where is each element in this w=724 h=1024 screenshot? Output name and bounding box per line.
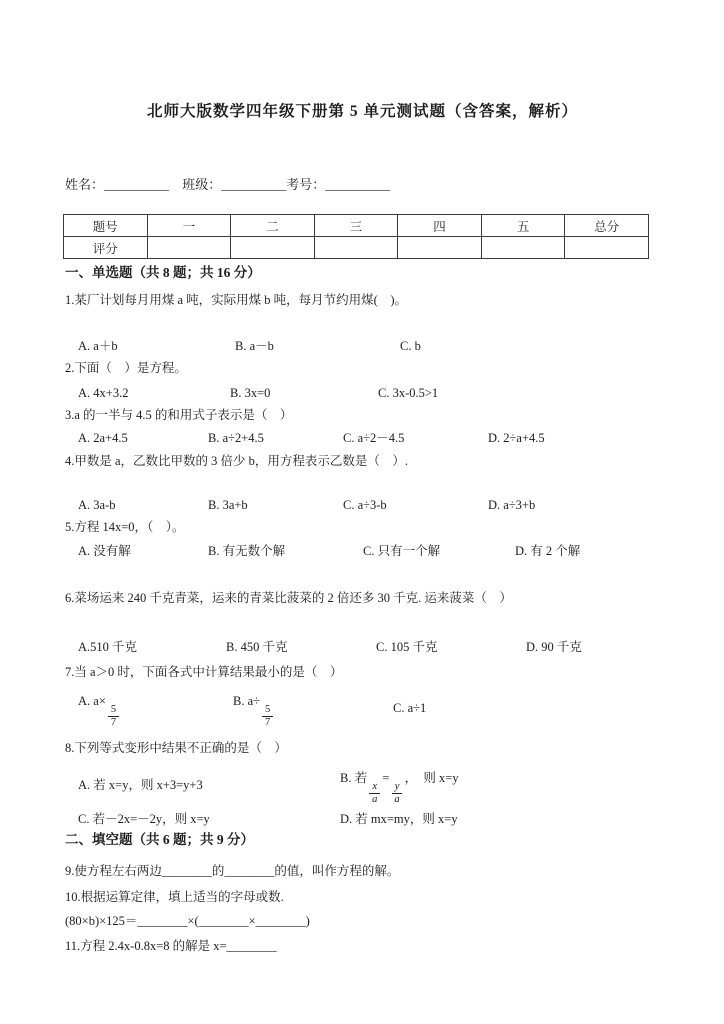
option-a-expression: A. a× [78, 694, 106, 708]
option-c: C. 若－2x=－2y，则 x=y [78, 811, 340, 827]
score-cell [481, 237, 565, 259]
question-8-text: 8.下列等式变形中结果不正确的是（ ） [65, 740, 660, 756]
question-7-options: A. a×57 B. a÷57 C. a÷1 [65, 687, 660, 728]
question-10-text: 10.根据运算定律，填上适当的字母或数. [65, 889, 660, 905]
score-table: 题号 一 二 三 四 五 总分 评分 [63, 214, 649, 259]
option-d: D. a÷3+b [488, 497, 660, 513]
option-b: B. a÷2+4.5 [208, 430, 343, 446]
page-title: 北师大版数学四年级下册第 5 单元测试题（含答案，解析） [65, 102, 660, 122]
class-label: 班级： [182, 177, 221, 192]
student-info-line: 姓名：__________ 班级：__________考号：__________ [65, 176, 660, 193]
option-a: A.510 千克 [78, 639, 226, 655]
fraction: 57 [262, 704, 273, 728]
option-b: B. 有无数个解 [208, 543, 363, 559]
question-6-options: A.510 千克 B. 450 千克 C. 105 千克 D. 90 千克 [65, 639, 660, 655]
option-c: C. b [400, 338, 660, 354]
score-table-header-row: 题号 一 二 三 四 五 总分 [64, 215, 649, 237]
option-b: B. 若xa=ya， 则 x=y [340, 764, 660, 805]
score-header-cell: 题号 [64, 215, 148, 237]
question-4-options: A. 3a-b B. 3a+b C. a÷3-b D. a÷3+b [65, 497, 660, 513]
question-8-options-row-2: C. 若－2x=－2y，则 x=y D. 若 mx=my，则 x=y [65, 811, 660, 827]
question-4-text: 4.甲数是 a，乙数比甲数的 3 倍少 b，用方程表示乙数是（ ）. [65, 453, 660, 469]
score-header-cell: 五 [481, 215, 565, 237]
option-a: A. 2a+4.5 [78, 430, 208, 446]
question-3-text: 3.a 的一半与 4.5 的和用式子表示是（ ） [65, 407, 660, 423]
option-d: D. 2÷a+4.5 [488, 430, 660, 446]
score-header-cell: 二 [231, 215, 315, 237]
option-b: B. 3a+b [208, 497, 343, 513]
question-5-text: 5.方程 14x=0，（ ）。 [65, 519, 660, 535]
document-page: 北师大版数学四年级下册第 5 单元测试题（含答案，解析） 姓名：________… [0, 0, 724, 1024]
option-d: D. 若 mx=my，则 x=y [340, 811, 660, 827]
name-blank: __________ [104, 177, 169, 192]
question-5-options: A. 没有解 B. 有无数个解 C. 只有一个解 D. 有 2 个解 [65, 543, 660, 559]
fraction: 57 [108, 704, 119, 728]
question-6-text: 6.菜场运来 240 千克青菜，运来的青菜比菠菜的 2 倍还多 30 千克. 运… [65, 590, 660, 606]
option-d: D. 有 2 个解 [515, 543, 660, 559]
question-10-formula: (80×b)×125＝________×(________×________) [65, 913, 660, 929]
question-1-text: 1.某厂计划每月用煤 a 吨，实际用煤 b 吨，每月节约用煤( )。 [65, 292, 660, 308]
option-c: C. a÷3-b [343, 497, 488, 513]
score-cell [147, 237, 231, 259]
score-cell [565, 237, 649, 259]
option-a: A. 没有解 [78, 543, 208, 559]
score-row-label: 评分 [64, 237, 148, 259]
option-a: A. 若 x=y，则 x+3=y+3 [78, 771, 340, 799]
option-c: C. a÷2－4.5 [343, 430, 488, 446]
option-c: C. 3x-0.5>1 [378, 385, 660, 401]
option-b: B. a÷57 [233, 687, 393, 728]
option-a: A. a＋b [78, 338, 235, 354]
fraction: xa [369, 781, 380, 805]
option-a: A. 3a-b [78, 497, 208, 513]
score-cell [231, 237, 315, 259]
score-cell [314, 237, 398, 259]
score-header-cell: 总分 [565, 215, 649, 237]
question-2-options: A. 4x+3.2 B. 3x=0 C. 3x-0.5>1 [65, 385, 660, 401]
exam-number-blank: __________ [325, 177, 390, 192]
score-header-cell: 三 [314, 215, 398, 237]
fraction: ya [391, 781, 402, 805]
name-label: 姓名： [65, 177, 104, 192]
option-a: A. 4x+3.2 [78, 385, 230, 401]
question-2-text: 2.下面（ ）是方程。 [65, 360, 660, 376]
option-c: C. 105 千克 [376, 639, 526, 655]
question-11-text: 11.方程 2.4x-0.8x=8 的解是 x=________ [65, 938, 660, 954]
class-blank: __________ [221, 177, 286, 192]
question-1-options: A. a＋b B. a－b C. b [65, 338, 660, 354]
section-2-heading: 二、填空题（共 6 题；共 9 分） [65, 831, 660, 849]
option-a: A. a×57 [78, 687, 233, 728]
score-header-cell: 一 [147, 215, 231, 237]
option-b-expression: B. a÷ [233, 694, 260, 708]
question-8-options-row-1: A. 若 x=y，则 x+3=y+3 B. 若xa=ya， 则 x=y [65, 764, 660, 805]
question-7-text: 7.当 a＞0 时，下面各式中计算结果最小的是（ ） [65, 664, 660, 680]
option-b: B. 3x=0 [230, 385, 378, 401]
exam-number-label: 考号： [286, 177, 325, 192]
option-c: C. a÷1 [393, 694, 660, 722]
question-9-text: 9.使方程左右两边________的________的值，叫作方程的解。 [65, 863, 660, 879]
score-table-score-row: 评分 [64, 237, 649, 259]
option-d: D. 90 千克 [526, 639, 660, 655]
section-1-heading: 一、单选题（共 8 题；共 16 分） [65, 264, 660, 282]
option-b: B. a－b [235, 338, 400, 354]
score-cell [398, 237, 482, 259]
option-b: B. 450 千克 [226, 639, 376, 655]
question-3-options: A. 2a+4.5 B. a÷2+4.5 C. a÷2－4.5 D. 2÷a+4… [65, 430, 660, 446]
option-c: C. 只有一个解 [363, 543, 515, 559]
score-header-cell: 四 [398, 215, 482, 237]
